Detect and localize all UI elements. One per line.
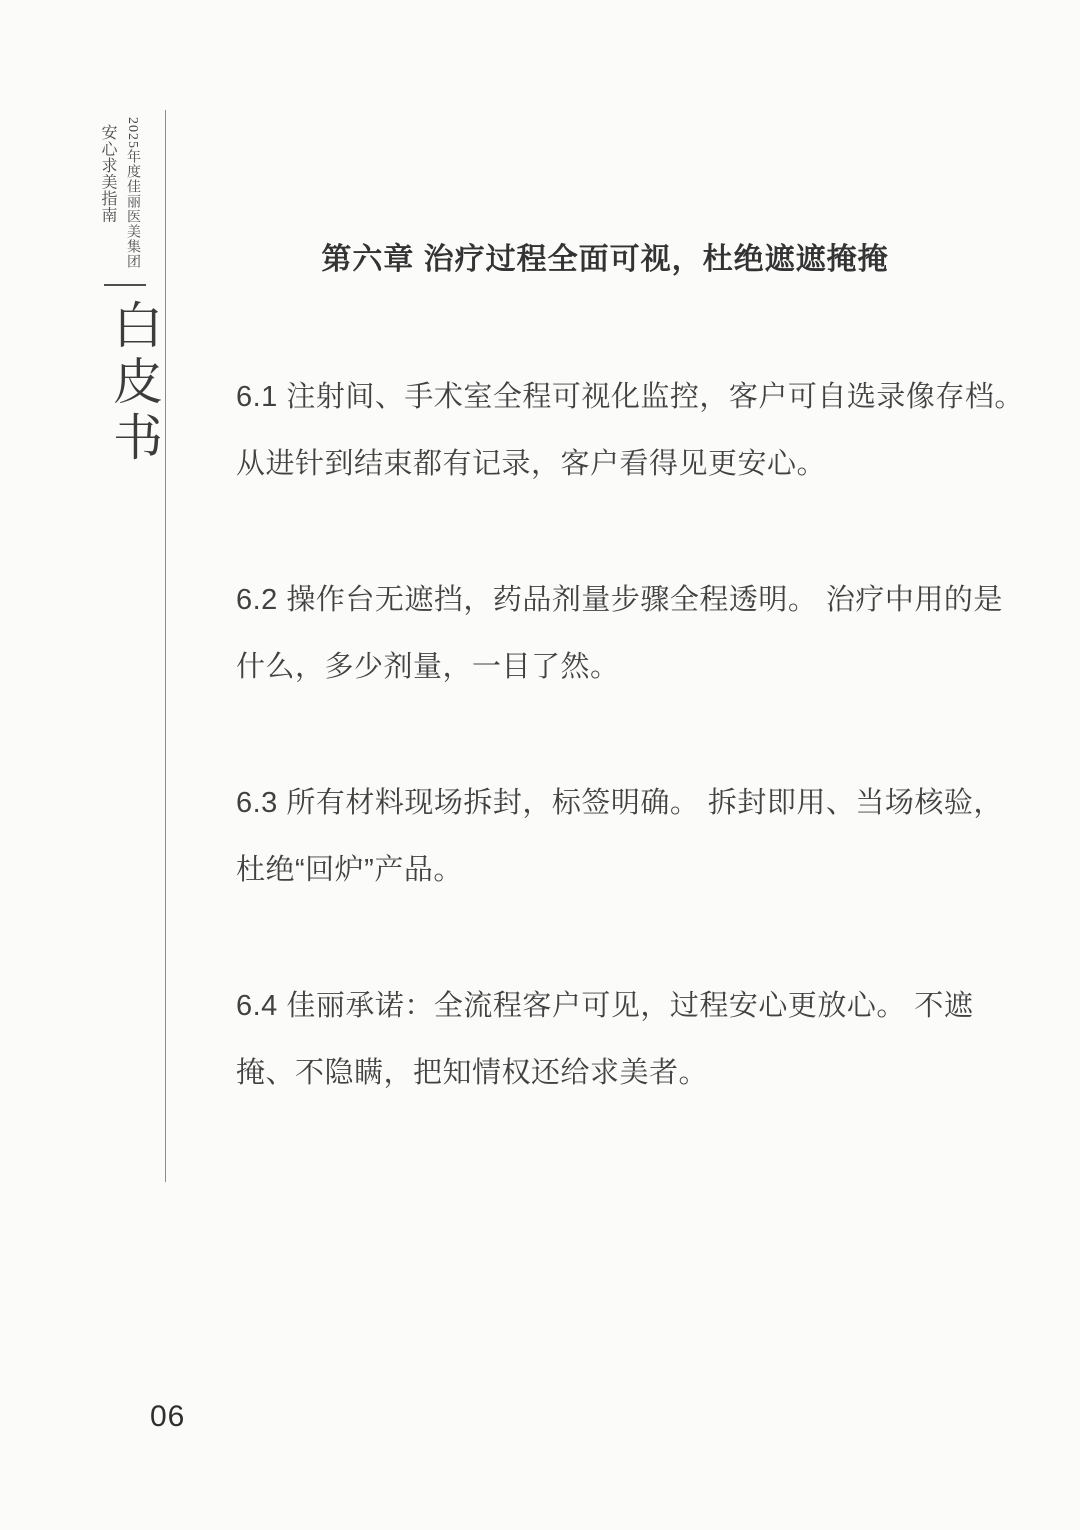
- section-6-4-line-1: 6.4 佳丽承诺：全流程客户可见，过程安心更放心。 不遮: [236, 973, 1026, 1040]
- section-6-2-line-2: 什么，多少剂量，一目了然。: [236, 634, 1026, 701]
- section-6-1-line-2: 从进针到结束都有记录，客户看得见更安心。: [236, 431, 1026, 498]
- section-6-1: 6.1 注射间、手术室全程可视化监控，客户可自选录像存档。 从进针到结束都有记录…: [236, 364, 1026, 498]
- sidebar-rule-divider: [104, 284, 146, 286]
- sidebar-series-title: 2025年度佳丽医美集团: [122, 117, 142, 269]
- section-6-3: 6.3 所有材料现场拆封，标签明确。 拆封即用、当场核验， 杜绝“回炉”产品。: [236, 770, 1026, 904]
- document-page: 2025年度佳丽医美集团 安心求美指南 白皮书 06 第六章 治疗过程全面可视，…: [0, 0, 1080, 1530]
- sidebar-guide-title: 安心求美指南: [96, 124, 119, 223]
- chapter-title: 第六章 治疗过程全面可视，杜绝遮遮掩掩: [230, 234, 980, 278]
- section-6-2-line-1: 6.2 操作台无遮挡，药品剂量步骤全程透明。 治疗中用的是: [236, 567, 1026, 634]
- sidebar-book-title: 白皮书: [98, 299, 170, 467]
- section-6-1-line-1: 6.1 注射间、手术室全程可视化监控，客户可自选录像存档。: [236, 364, 1026, 431]
- section-6-4: 6.4 佳丽承诺：全流程客户可见，过程安心更放心。 不遮 掩、不隐瞒，把知情权还…: [236, 973, 1026, 1107]
- section-6-3-line-1: 6.3 所有材料现场拆封，标签明确。 拆封即用、当场核验，: [236, 770, 1026, 837]
- section-6-4-line-2: 掩、不隐瞒，把知情权还给求美者。: [236, 1040, 1026, 1107]
- section-6-3-line-2: 杜绝“回炉”产品。: [236, 837, 1026, 904]
- sidebar-vertical-divider: [165, 110, 166, 1182]
- section-6-2: 6.2 操作台无遮挡，药品剂量步骤全程透明。 治疗中用的是 什么，多少剂量，一目…: [236, 567, 1026, 701]
- page-number: 06: [150, 1400, 185, 1434]
